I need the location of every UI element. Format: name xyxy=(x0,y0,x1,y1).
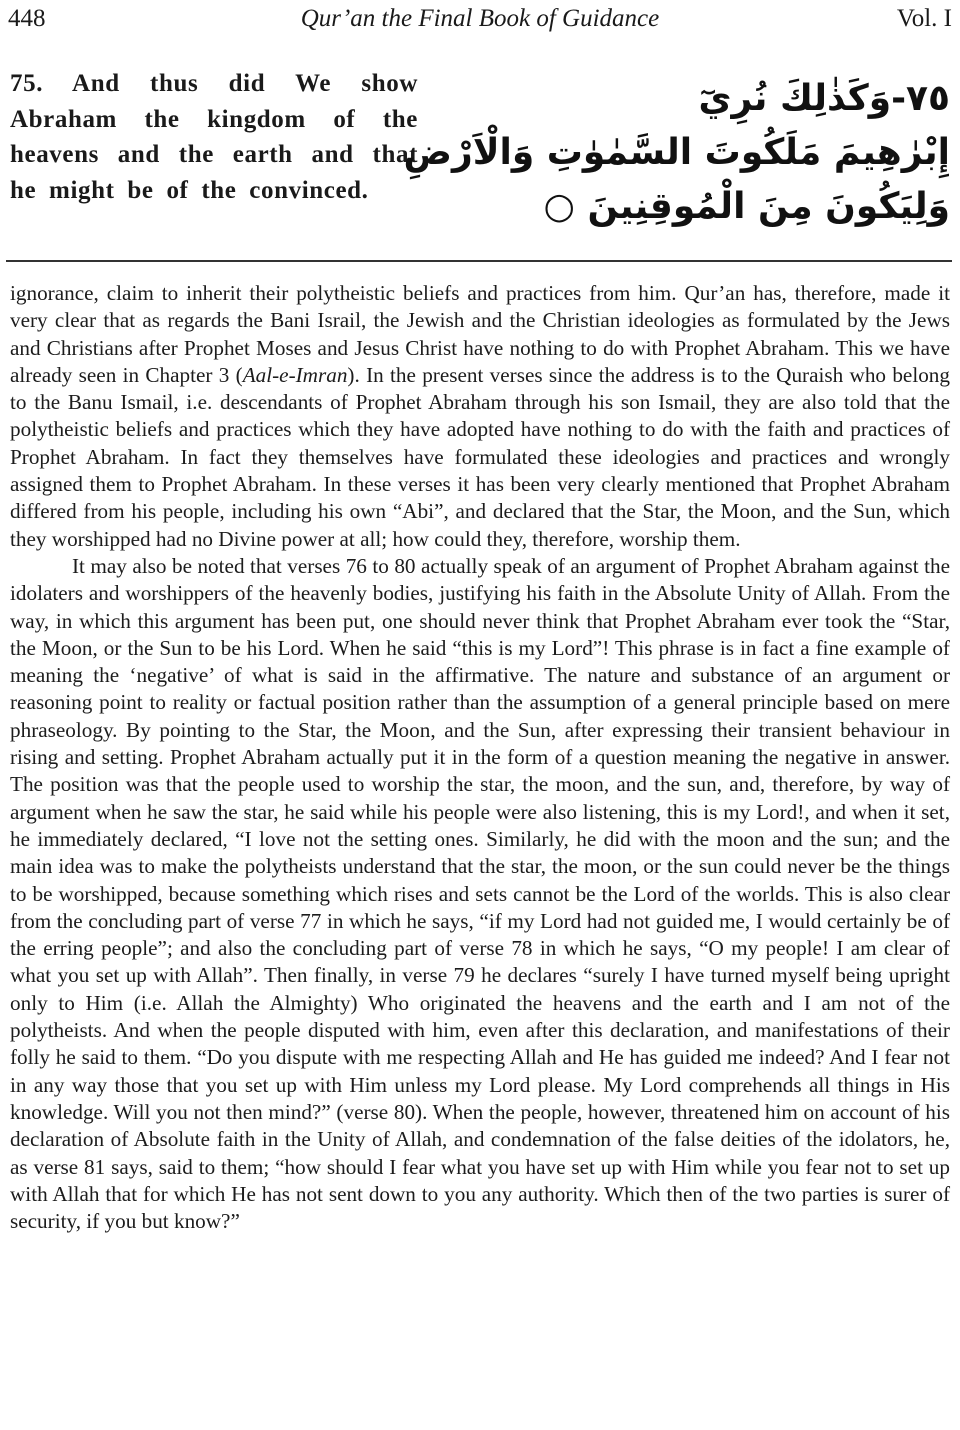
section-divider xyxy=(6,260,952,262)
commentary-paragraph-2: It may also be noted that verses 76 to 8… xyxy=(10,553,950,1235)
arabic-line-3: وَلِيَكُونَ مِنَ الْمُوقِنِينَ ○ xyxy=(530,180,950,234)
running-header: 448 Qur’an the Final Book of Guidance Vo… xyxy=(8,2,952,36)
arabic-line-2: إِبْرٰهِيمَ مَلَكُوتَ السَّمٰوٰتِ وَالْا… xyxy=(530,126,950,180)
book-title: Qur’an the Final Book of Guidance xyxy=(8,2,952,36)
volume-label: Vol. I xyxy=(897,2,952,36)
arabic-line-1: ٧٥-وَكَذٰلِكَ نُرِيٓ xyxy=(530,72,950,126)
commentary-body: ignorance, claim to inherit their polyth… xyxy=(10,280,950,1235)
commentary-paragraph-1: ignorance, claim to inherit their polyth… xyxy=(10,280,950,553)
verse-text: And thus did We show Abraham the kingdom… xyxy=(10,70,418,204)
arabic-verse: ٧٥-وَكَذٰلِكَ نُرِيٓ إِبْرٰهِيمَ مَلَكُو… xyxy=(530,72,950,234)
verse-number: 75. xyxy=(10,70,43,97)
paragraph-1-text-b: ). In the present verses since the addre… xyxy=(10,363,950,551)
verse-translation: 75. And thus did We show Abraham the kin… xyxy=(10,66,418,208)
chapter-name-italic: Aal-e-Imran xyxy=(243,363,348,387)
